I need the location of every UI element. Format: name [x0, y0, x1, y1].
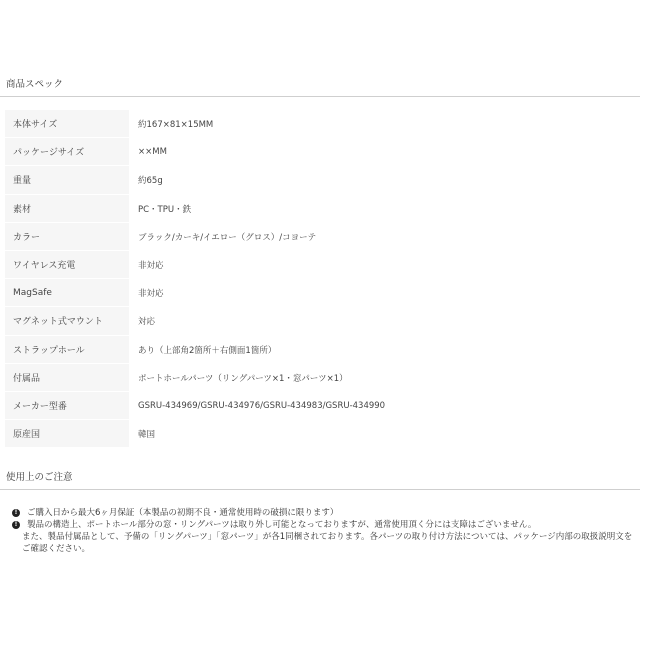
note-text: 製品の構造上、ポートホール部分の窓・リングパーツは取り外し可能となっておりますが… [27, 519, 536, 531]
note-text: ご購入日から最大6ヶ月保証（本製品の初期不良・通常使用時の破損に限ります） [27, 507, 338, 519]
spec-label: MagSafe [5, 279, 129, 307]
spec-label: 原産国 [5, 420, 129, 448]
spec-value: 対応 [129, 307, 155, 335]
spec-value: ××MM [129, 138, 167, 166]
spec-row: パッケージサイズ ××MM [5, 138, 640, 166]
spec-label: ワイヤレス充電 [5, 251, 129, 279]
spec-row: カラー ブラック/カーキ/イエロー（グロス）/コヨーテ [5, 223, 640, 251]
note-continuation: ご確認ください。 [12, 543, 632, 555]
spec-value: 約65g [129, 166, 163, 194]
spec-value: あり（上部角2箇所＋右側面1箇所） [129, 336, 276, 364]
spec-row: 素材 PC・TPU・鉄 [5, 195, 640, 223]
spec-table: 本体サイズ 約167×81×15MM パッケージサイズ ××MM 重量 約65g… [5, 110, 640, 448]
spec-row: ストラップホール あり（上部角2箇所＋右側面1箇所） [5, 336, 640, 364]
spec-row: 本体サイズ 約167×81×15MM [5, 110, 640, 138]
notes-list: ! ご購入日から最大6ヶ月保証（本製品の初期不良・通常使用時の破損に限ります） … [12, 507, 632, 555]
exclamation-circle-icon: ! [12, 509, 20, 517]
spec-label: カラー [5, 223, 129, 251]
spec-section-divider [0, 96, 640, 97]
spec-label: 素材 [5, 195, 129, 223]
note-continuation: また、製品付属品として、予備の「リングパーツ」「窓パーツ」が各1同梱されておりま… [12, 531, 632, 543]
spec-row: MagSafe 非対応 [5, 279, 640, 307]
spec-value: 約167×81×15MM [129, 110, 213, 138]
spec-label: パッケージサイズ [5, 138, 129, 166]
spec-label: 本体サイズ [5, 110, 129, 138]
spec-row: 付属品 ポートホールパーツ（リングパーツ×1・窓パーツ×1） [5, 364, 640, 392]
spec-row: 重量 約65g [5, 166, 640, 194]
exclamation-circle-icon: ! [12, 521, 20, 529]
note-item: ! 製品の構造上、ポートホール部分の窓・リングパーツは取り外し可能となっておりま… [12, 519, 632, 531]
spec-label: マグネット式マウント [5, 307, 129, 335]
spec-value: ポートホールパーツ（リングパーツ×1・窓パーツ×1） [129, 364, 348, 392]
spec-value: 非対応 [129, 251, 164, 279]
spec-value: 韓国 [129, 420, 155, 448]
spec-section-title: 商品スペック [6, 76, 63, 90]
notes-section-divider [0, 489, 640, 490]
spec-row: 原産国 韓国 [5, 420, 640, 448]
spec-row: ワイヤレス充電 非対応 [5, 251, 640, 279]
note-item: ! ご購入日から最大6ヶ月保証（本製品の初期不良・通常使用時の破損に限ります） [12, 507, 632, 519]
spec-row: マグネット式マウント 対応 [5, 307, 640, 335]
spec-label: ストラップホール [5, 336, 129, 364]
spec-value: ブラック/カーキ/イエロー（グロス）/コヨーテ [129, 223, 316, 251]
spec-label: 重量 [5, 166, 129, 194]
spec-label: メーカー型番 [5, 392, 129, 420]
spec-label: 付属品 [5, 364, 129, 392]
spec-row: メーカー型番 GSRU-434969/GSRU-434976/GSRU-4349… [5, 392, 640, 420]
spec-value: GSRU-434969/GSRU-434976/GSRU-434983/GSRU… [129, 392, 385, 420]
spec-value: PC・TPU・鉄 [129, 195, 191, 223]
spec-value: 非対応 [129, 279, 164, 307]
notes-section-title: 使用上のご注意 [6, 469, 73, 483]
